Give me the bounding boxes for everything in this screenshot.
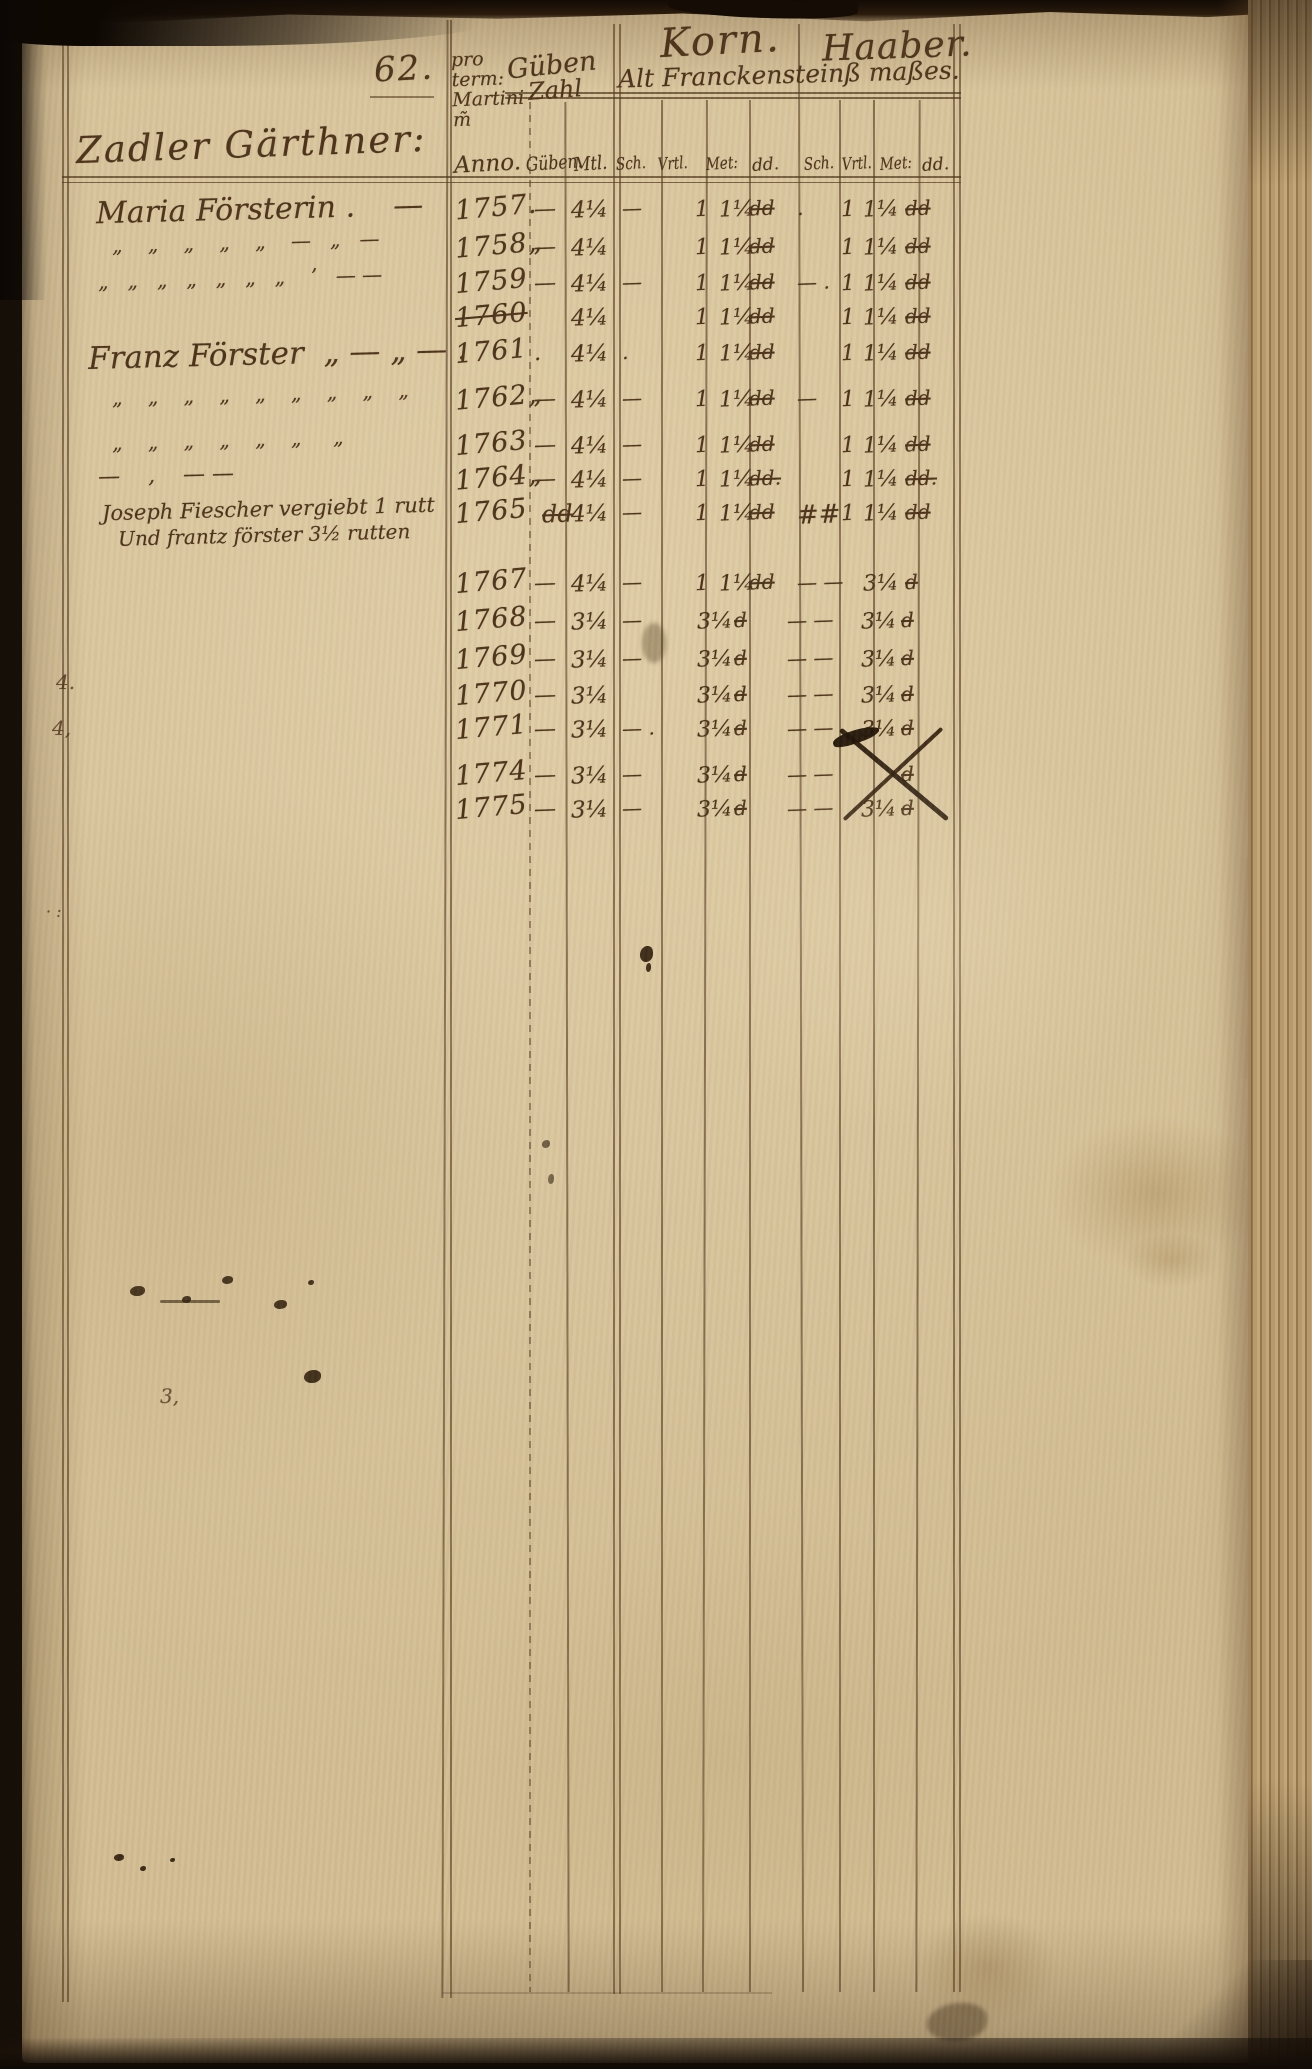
cell-ks: 1: [695, 572, 710, 596]
cell-hs: 1: [841, 198, 856, 222]
cell-d1: —: [534, 648, 557, 672]
cell-mtl: 4¼: [571, 197, 609, 222]
cell-hs: 1: [841, 502, 856, 526]
cell-year: 1757.: [454, 190, 538, 225]
cell-d1: —: [534, 572, 557, 596]
column-header-korn-vrtl: Vrtl.: [657, 155, 688, 175]
cell-ks: 1: [695, 434, 710, 458]
cell-mtl: 3¼: [571, 683, 609, 708]
cell-kdd: d: [734, 718, 748, 739]
cell-hdd: d: [901, 648, 915, 669]
cell-hs: 1: [841, 236, 856, 260]
cell-mtl: 4¼: [571, 467, 609, 492]
measure-note: Alt Franckensteinß maßes.: [618, 58, 959, 93]
cell-hv: 3¼: [861, 717, 897, 741]
cell-d3: ##: [797, 501, 842, 530]
cell-kdd: d: [734, 684, 748, 705]
cell-mtl: 4¼: [571, 433, 609, 458]
table-rule-horizontal: [62, 176, 961, 178]
column-header-haaber-vrtl: Vrtl.: [841, 155, 872, 175]
table-rule-vertical: [613, 24, 615, 1994]
cell-year: 1774: [454, 757, 529, 792]
cell-mtl: 4¼: [571, 501, 609, 526]
cell-hs: 1: [841, 272, 856, 296]
cell-d2: —: [622, 798, 643, 820]
cell-hdd: dd: [905, 502, 931, 524]
paper: 62. pro term: Martini m̃ Güben Zahl Korn…: [22, 8, 1308, 2063]
cell-d1: —: [534, 198, 557, 222]
cell-year: 1763: [454, 427, 529, 462]
section-title: Zadler Gärthner:: [75, 120, 427, 171]
cell-kdd: dd: [749, 198, 775, 220]
table-rule-vertical: [661, 100, 663, 1992]
column-header-haaber-sch: Sch.: [803, 155, 834, 175]
cell-mtl: 3¼: [571, 797, 609, 822]
cell-d2: —: [622, 502, 643, 524]
cell-hdd: d: [901, 764, 915, 785]
ink-blot: [640, 946, 653, 962]
cell-d3: — .: [797, 271, 830, 293]
cell-d3: — —: [787, 797, 834, 820]
cell-year: 1759: [454, 265, 529, 300]
cell-ks: 1: [695, 306, 710, 330]
cell-hv: 3¼: [861, 683, 897, 707]
table-rule-vertical: [839, 100, 841, 1992]
cell-kv: 3¼: [697, 717, 733, 741]
ink-blot: [140, 1866, 146, 1871]
table-rule-horizontal: [442, 1992, 772, 1994]
ink-blot: [222, 1276, 233, 1284]
stain: [1052, 1118, 1262, 1268]
row-name: Maria Försterin . —: [96, 190, 424, 230]
cell-hv: 1¼: [863, 433, 899, 457]
cell-mtl: 3¼: [571, 763, 609, 788]
cell-kdd: dd: [749, 236, 775, 258]
cell-kv: 3¼: [697, 647, 733, 671]
cell-d1: —: [534, 684, 557, 708]
table-rule-vertical: [62, 16, 64, 2002]
row-name: „ „ „ „ „ — „ —: [112, 229, 380, 257]
cell-d1: .: [534, 342, 542, 365]
cell-hdd: dd: [905, 198, 931, 220]
table-rule-vertical: [749, 100, 751, 1992]
marginal-mark: 3,: [160, 1386, 179, 1407]
cell-hdd: d: [901, 684, 915, 705]
cell-mtl: 3¼: [571, 609, 609, 634]
cell-hv: 3¼: [861, 797, 897, 821]
cell-mtl: 4¼: [571, 271, 609, 296]
folio-underline: [370, 96, 434, 98]
cell-ks: 1: [695, 502, 710, 526]
cell-year: 1770: [454, 677, 529, 712]
cell-hv: 3¼: [861, 609, 897, 633]
cell-year: 1760: [454, 299, 529, 334]
cell-hdd: d: [905, 572, 919, 593]
cell-kdd: dd: [749, 388, 775, 410]
ink-blot: [542, 1140, 550, 1148]
cell-kv: 3¼: [697, 683, 733, 707]
manuscript-page: 62. pro term: Martini m̃ Güben Zahl Korn…: [0, 0, 1312, 2069]
cell-mtl: 3¼: [571, 647, 609, 672]
row-name: Franz Förster „ — „ — .: [88, 333, 468, 375]
cell-hv: 3¼: [863, 571, 899, 595]
cell-ks: 1: [695, 198, 710, 222]
cell-kv: 3¼: [697, 797, 733, 821]
cell-d2: —: [622, 198, 643, 220]
ink-blot: [646, 963, 651, 972]
cell-d3: .: [797, 198, 804, 219]
cell-hv: 1¼: [863, 271, 899, 295]
column-header-korn-dd: dd.: [751, 156, 779, 176]
cell-d1: —: [534, 388, 557, 412]
cell-hdd: dd: [905, 388, 931, 410]
cell-d2: —: [622, 572, 643, 594]
cell-d2: —: [622, 648, 643, 670]
cell-d1: —: [534, 718, 557, 742]
table-rule-vertical: [564, 102, 569, 1992]
cell-mtl: 4¼: [571, 387, 609, 412]
cell-year: 1761: [454, 335, 529, 370]
ink-blot: [548, 1174, 554, 1184]
ink-blot: [308, 1280, 314, 1285]
table-rule-vertical: [915, 100, 920, 1992]
cell-d2: — .: [622, 717, 655, 739]
cell-ks: 1: [695, 236, 710, 260]
cell-d2: .: [622, 342, 629, 363]
cell-hs: 1: [841, 468, 856, 492]
cell-hdd: dd: [905, 306, 931, 328]
cell-hdd: d: [901, 610, 915, 631]
column-header-haaber-met: Met:: [879, 155, 912, 175]
korn-header: Korn.: [659, 17, 782, 65]
cell-hv: 3¼: [861, 647, 897, 671]
cell-kdd: d: [734, 610, 748, 631]
cell-hs: 1: [841, 388, 856, 412]
table-rule-vertical: [959, 24, 961, 1992]
gueben-zahl-header-line2: Zahl: [527, 76, 583, 105]
ink-blot: [304, 1370, 321, 1383]
cell-d1: —: [534, 434, 557, 458]
cell-year: 1767: [454, 565, 529, 600]
cell-year: 1769: [454, 641, 529, 676]
cell-ks: 1: [695, 468, 710, 492]
marginal-mark: · :: [46, 904, 62, 921]
table-rule-vertical: [702, 100, 708, 1992]
cell-d1: —: [534, 468, 557, 492]
stain: [1122, 1233, 1222, 1288]
cell-mtl: 4¼: [571, 341, 609, 366]
cell-hdd: dd: [905, 236, 931, 258]
ink-blot: [160, 1300, 220, 1303]
cell-hdd: d: [901, 798, 915, 819]
cell-d2: —: [622, 468, 643, 490]
table-rule-vertical: [873, 100, 875, 1992]
cell-d3: — —: [787, 683, 834, 706]
cell-kv: 3¼: [697, 609, 733, 633]
marginal-mark: 4,: [52, 718, 71, 739]
cell-kdd: dd: [749, 306, 775, 328]
row-name: „ „ „ „ „ „ „ ʼ — —: [98, 264, 383, 292]
cell-ks: 1: [695, 272, 710, 296]
cell-kdd: dd: [749, 272, 775, 294]
cell-hs: 1: [841, 342, 856, 366]
column-header-haaber-dd: dd.: [921, 156, 949, 176]
cell-hv: 1¼: [863, 197, 899, 221]
folio-number: 62.: [373, 50, 435, 89]
table-rule-vertical: [450, 20, 452, 1998]
row-name: — ‚ — —: [98, 462, 234, 489]
stain: [917, 1913, 1057, 2023]
ink-blot: [114, 1854, 124, 1861]
marginal-mark: 4.: [56, 672, 75, 693]
cell-d3: — —: [787, 763, 834, 786]
cell-ks: 1: [695, 388, 710, 412]
cell-d1: —: [534, 610, 557, 634]
cell-year: 1765: [454, 495, 529, 530]
cell-kdd: dd: [749, 342, 775, 364]
cell-kdd: dd: [749, 502, 775, 524]
cell-hdd: d: [901, 718, 915, 739]
row-name: „ „ „ „ „ „ „ „ „: [112, 380, 409, 409]
cell-hdd: dd: [905, 272, 931, 294]
cell-gz: dd: [542, 501, 574, 527]
cell-hv: 1¼: [863, 467, 899, 491]
cell-hdd: dd: [905, 434, 931, 456]
cell-mtl: 4¼: [571, 571, 609, 596]
row-name: „ „ „ „ „ „ „: [112, 427, 344, 454]
column-header-anno: Anno.: [453, 150, 521, 178]
cell-hv: 1¼: [863, 387, 899, 411]
cell-mtl: 4¼: [571, 235, 609, 260]
cell-d1: —: [534, 236, 557, 260]
cell-kdd: dd: [749, 434, 775, 456]
cell-d2: —: [622, 272, 643, 294]
ink-blot: [927, 2003, 987, 2041]
cell-year: 1768: [454, 603, 529, 638]
cell-hv: 1¼: [863, 341, 899, 365]
ink-blot: [130, 1286, 145, 1296]
cell-year: 1771: [454, 711, 529, 746]
cell-kdd: dd.: [749, 467, 782, 489]
cell-hv: 1¼: [863, 235, 899, 259]
cell-d3: — —: [787, 717, 834, 740]
table-rule-vertical: [67, 16, 69, 2002]
cell-kv: 3¼: [697, 763, 733, 787]
stain: [1237, 858, 1282, 1078]
table-rule-horizontal: [62, 182, 961, 184]
cell-d3: — —: [787, 609, 834, 632]
cell-hdd: dd.: [905, 467, 938, 489]
cell-kdd: d: [734, 798, 748, 819]
row-name-line2: Und frantz förster 3½ rutten: [118, 521, 411, 550]
table-rule-vertical: [953, 24, 955, 1992]
cell-d2: —: [622, 388, 643, 410]
cell-hs: 1: [841, 306, 856, 330]
cell-d1: —: [534, 272, 557, 296]
cell-kdd: dd: [749, 572, 775, 594]
table-rule-vertical: [798, 24, 804, 1992]
cell-d2: —: [622, 434, 643, 456]
cell-d2: —: [622, 610, 643, 632]
column-header-korn-met: Met:: [705, 155, 738, 175]
cell-kdd: d: [734, 764, 748, 785]
cell-d2: —: [622, 764, 643, 786]
ink-blot: [170, 1858, 175, 1862]
table-rule-vertical: [619, 24, 621, 1994]
cell-hv: 1¼: [863, 501, 899, 525]
cell-mtl: 4¼: [571, 305, 609, 330]
cell-hs: 1: [841, 434, 856, 458]
cell-d3: — —: [797, 571, 844, 594]
ink-blot: [274, 1300, 287, 1309]
cell-d1: —: [534, 798, 557, 822]
cell-d3: — —: [787, 647, 834, 670]
table-rule-vertical: [441, 20, 448, 1998]
column-header-mtl: Mtl.: [573, 154, 608, 176]
cell-mtl: 3¼: [571, 717, 609, 742]
cell-ks: 1: [695, 342, 710, 366]
cell-hv: 1¼: [863, 305, 899, 329]
cell-d1: —: [534, 764, 557, 788]
cell-hdd: dd: [905, 342, 931, 364]
cell-year: 1775: [454, 791, 529, 826]
cell-d3: —: [797, 388, 818, 410]
cell-kdd: d: [734, 648, 748, 669]
column-header-korn-sch: Sch.: [615, 155, 646, 175]
